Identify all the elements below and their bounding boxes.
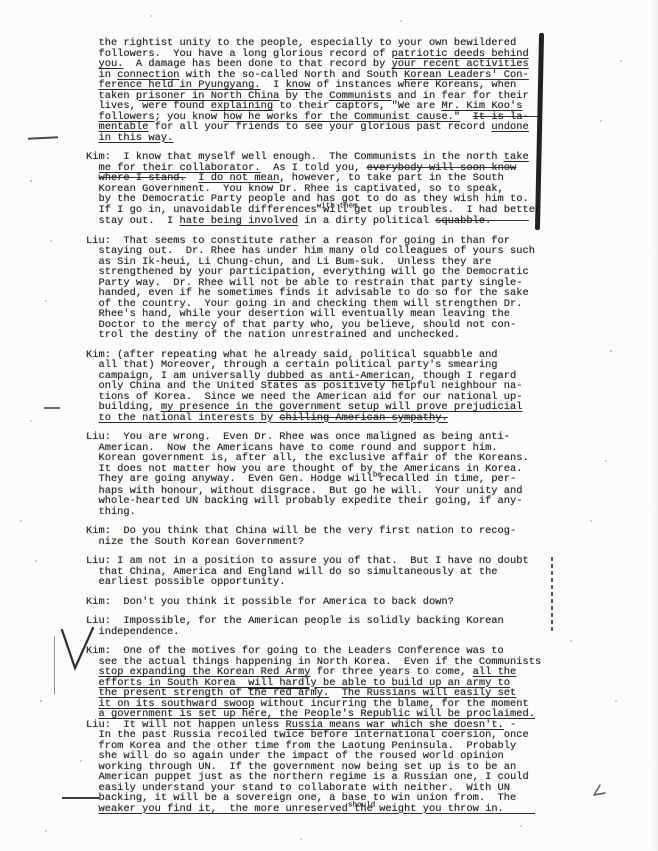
document-body: the rightist unity to the people, especi… (86, 38, 606, 824)
paper-speckles (0, 0, 2, 2)
text-line: nize the South Korean Government? (86, 537, 606, 548)
underline-lead-in-mark (62, 797, 99, 799)
text-line: in this way. (86, 133, 606, 144)
text-line: weaker you find it, the more unreserveds… (86, 804, 606, 816)
paragraph-liu-2: Liu: You are wrong. Even Dr. Rhee was on… (86, 432, 606, 517)
paragraph-liu-3: Liu: I am not in a position to assure yo… (86, 556, 606, 588)
paragraph-kim-3: Kim: Do you think that China will be the… (86, 526, 606, 547)
text-line: independence. (86, 627, 606, 638)
paragraph-liu-5: Liu: It will not happen unless Russia me… (86, 720, 606, 816)
margin-dashed-line-mark (551, 557, 553, 631)
paragraph-liu-1: Liu: That seems to constitute rather a r… (86, 236, 606, 341)
margin-thin-line-mark (54, 636, 55, 694)
text-line: Kim: Don't you think it possible for Ame… (86, 597, 606, 608)
paragraph-kim-1: Kim: I know that myself well enough. The… (86, 152, 606, 227)
scanned-document-page: the rightist unity to the people, especi… (0, 0, 658, 851)
text-line: thing. (86, 507, 606, 518)
text-line: to the national interests by chilling Am… (86, 413, 606, 424)
angle-mark (591, 783, 607, 797)
margin-dash-top-mark (28, 136, 58, 140)
paragraph-kim-5: Kim: One of the motives for going to the… (86, 646, 606, 720)
paragraph-kim-2: Kim: (after repeating what he already sa… (86, 350, 606, 424)
margin-dash-mid-mark (44, 407, 60, 409)
paragraph-intro: the rightist unity to the people, especi… (86, 38, 606, 143)
text-line: stay out. I hate being involved in a dir… (86, 216, 606, 227)
paragraph-liu-4: Liu: Impossible, for the American people… (86, 616, 606, 637)
text-line: whole-hearted UN backing will probably e… (86, 496, 606, 507)
text-line: trol the destiny of the nation unrestrai… (86, 330, 606, 341)
check-mark (58, 626, 100, 672)
paragraph-kim-4: Kim: Don't you think it possible for Ame… (86, 597, 606, 608)
text-line: earliest possible opportunity. (86, 577, 606, 588)
